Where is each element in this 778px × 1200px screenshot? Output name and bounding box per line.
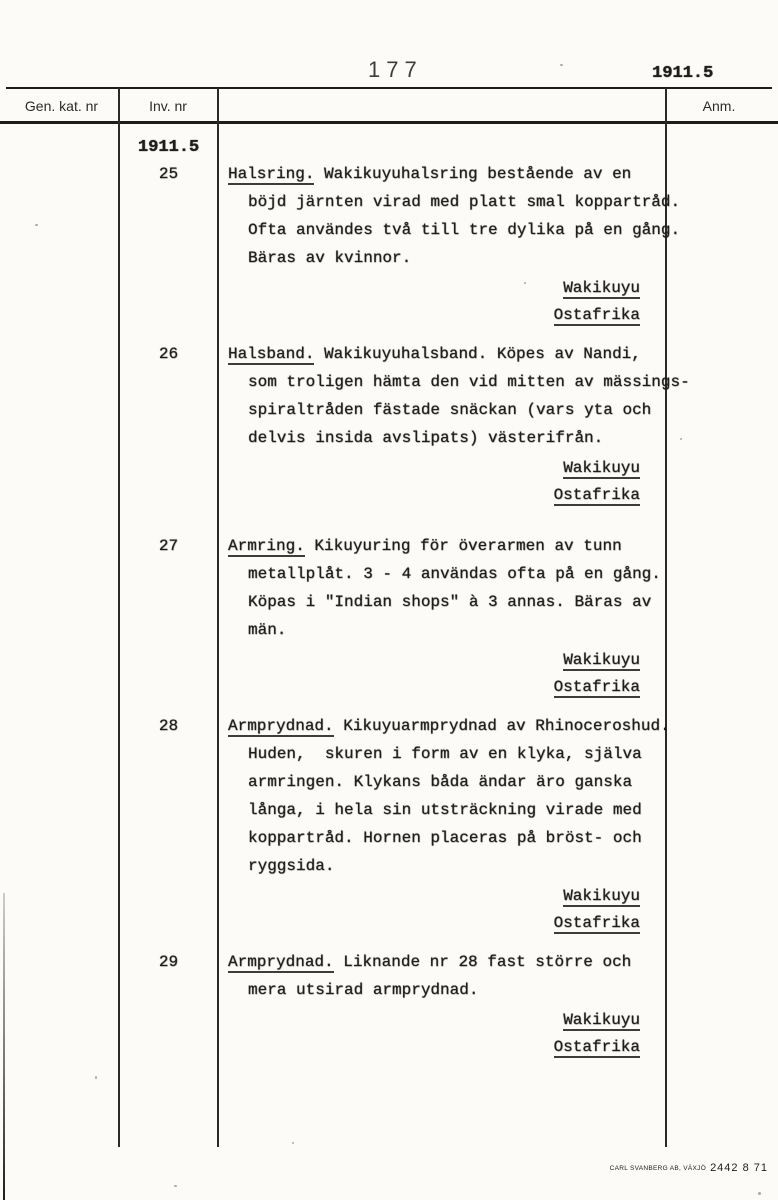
entry-term: Halsring. <box>228 165 314 185</box>
page-number: 177 <box>368 57 423 83</box>
provenance-people: Wakikuyu <box>228 1007 640 1034</box>
provenance: Wakikuyu Ostafrika <box>228 275 640 329</box>
provenance-region: Ostafrika <box>228 910 640 937</box>
column-header-gen-kat-nr: Gen. kat. nr <box>5 98 118 114</box>
entry-inv-nr: 29 <box>119 948 218 976</box>
entry-line: ryggsida. <box>228 852 668 880</box>
provenance-region: Ostafrika <box>228 482 640 509</box>
catalog-entry: Halsband. Wakikuyuhalsband. Köpes av Nan… <box>228 340 668 509</box>
entry-line: Armprydnad. Liknande nr 28 fast större o… <box>228 948 668 976</box>
provenance-people: Wakikuyu <box>228 275 640 302</box>
table-header-rule <box>0 121 778 124</box>
scan-speck <box>174 1185 177 1187</box>
printer-imprint: CARL SVANBERG AB, VÄXJÖ2442 8 71 <box>610 1158 768 1176</box>
provenance-people: Wakikuyu <box>228 883 640 910</box>
entry-line: Armprydnad. Kikuyuarmprydnad av Rhinocer… <box>228 712 668 740</box>
entry-line: Ofta användes två till tre dylika på en … <box>228 216 668 244</box>
provenance-region: Ostafrika <box>228 302 640 329</box>
entry-term: Halsband. <box>228 345 314 365</box>
inventory-group-label: 1911.5 <box>119 134 218 162</box>
entry-line: Köpas i "Indian shops" à 3 annas. Bäras … <box>228 588 668 616</box>
entry-line-rest: Wakikuyuhalsring bestående av en <box>314 165 631 183</box>
catalog-entry: Armprydnad. Kikuyuarmprydnad av Rhinocer… <box>228 712 668 937</box>
table-top-rule <box>6 87 772 89</box>
entry-line-rest: Kikuyuarmprydnad av Rhinoceroshud. <box>334 717 670 735</box>
entry-term: Armprydnad. <box>228 717 334 737</box>
entry-line: män. <box>228 616 668 644</box>
entry-line-rest: Liknande nr 28 fast större och <box>334 953 632 971</box>
column-header-anm: Anm. <box>666 98 772 114</box>
printer-name: CARL SVANBERG AB, VÄXJÖ <box>610 1165 706 1172</box>
catalog-entry: Armring. Kikuyuring för överarmen av tun… <box>228 532 668 701</box>
provenance: Wakikuyu Ostafrika <box>228 647 640 701</box>
entry-line: Bäras av kvinnor. <box>228 244 668 272</box>
provenance: Wakikuyu Ostafrika <box>228 1007 640 1061</box>
entry-line: spiraltråden fästade snäckan (vars yta o… <box>228 396 668 424</box>
entry-inv-nr: 28 <box>119 712 218 740</box>
entry-term: Armprydnad. <box>228 953 334 973</box>
provenance-people: Wakikuyu <box>228 647 640 674</box>
catalog-entry: Halsring. Wakikuyuhalsring bestående av … <box>228 160 668 329</box>
entry-line: som troligen hämta den vid mitten av mäs… <box>228 368 668 396</box>
catalog-year-code: 1911.5 <box>652 60 713 88</box>
scan-edge-artifact <box>3 893 5 1200</box>
column-divider-1 <box>118 88 120 1147</box>
entry-line: mera utsirad armprydnad. <box>228 976 668 1004</box>
entry-line: Halsband. Wakikuyuhalsband. Köpes av Nan… <box>228 340 668 368</box>
document-page: 177 1911.5 Gen. kat. nr Inv. nr Anm. 191… <box>0 0 778 1200</box>
provenance-people: Wakikuyu <box>228 455 640 482</box>
entry-term: Armring. <box>228 537 305 557</box>
scan-speck <box>560 64 563 66</box>
entry-inv-nr: 25 <box>119 160 218 188</box>
entry-line: böjd järnten virad med platt smal koppar… <box>228 188 668 216</box>
scan-speck <box>95 1076 97 1079</box>
entry-line: Huden, skuren i form av en klyka, själva <box>228 740 668 768</box>
entry-line: långa, i hela sin utsträckning virade me… <box>228 796 668 824</box>
entry-line: Halsring. Wakikuyuhalsring bestående av … <box>228 160 668 188</box>
provenance-region: Ostafrika <box>228 1034 640 1061</box>
entry-line: armringen. Klykans båda ändar äro ganska <box>228 768 668 796</box>
catalog-entry: Armprydnad. Liknande nr 28 fast större o… <box>228 948 668 1061</box>
scan-speck <box>680 438 682 440</box>
column-header-inv-nr: Inv. nr <box>119 98 217 114</box>
scan-speck <box>524 282 526 284</box>
column-divider-2 <box>217 88 219 1147</box>
provenance-region: Ostafrika <box>228 674 640 701</box>
entry-inv-nr: 26 <box>119 340 218 368</box>
entry-line: Armring. Kikuyuring för överarmen av tun… <box>228 532 668 560</box>
entry-inv-nr: 27 <box>119 532 218 560</box>
scan-speck <box>758 1192 761 1195</box>
scan-speck <box>292 1142 294 1144</box>
entry-line-rest: Kikuyuring för överarmen av tunn <box>305 537 622 555</box>
entry-line-rest: Wakikuyuhalsband. Köpes av Nandi, <box>314 345 640 363</box>
provenance: Wakikuyu Ostafrika <box>228 455 640 509</box>
entry-line: metallplåt. 3 - 4 användas ofta på en gå… <box>228 560 668 588</box>
scan-speck <box>35 224 38 226</box>
entry-line: delvis insida avslipats) västerifrån. <box>228 424 668 452</box>
provenance: Wakikuyu Ostafrika <box>228 883 640 937</box>
entry-line: koppartråd. Hornen placeras på bröst- oc… <box>228 824 668 852</box>
print-code: 2442 8 71 <box>710 1162 768 1174</box>
